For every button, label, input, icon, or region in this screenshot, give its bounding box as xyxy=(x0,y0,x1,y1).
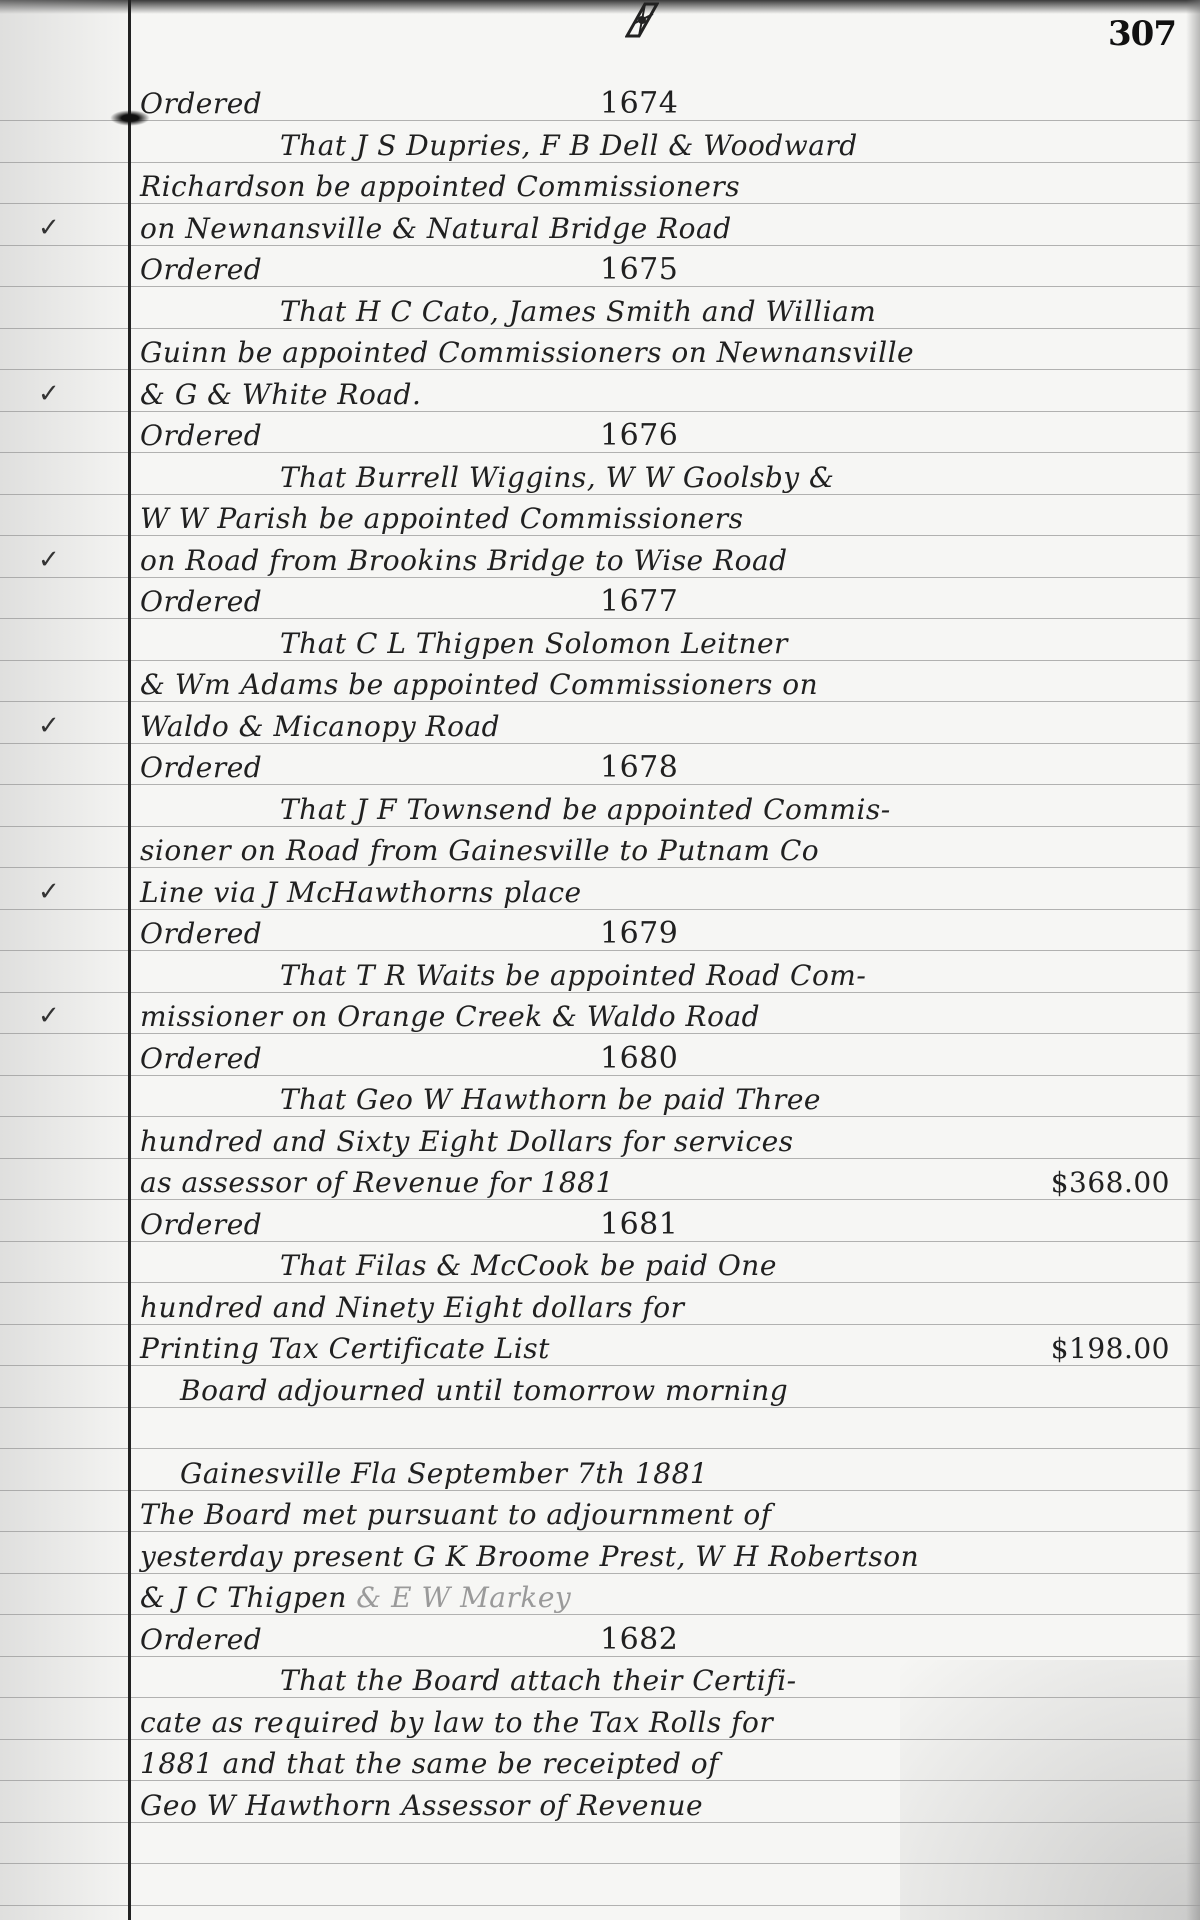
entry-line-text: That Burrell Wiggins, W W Goolsby & xyxy=(280,461,834,494)
entry-line-text: Guinn be appointed Commissioners on Newn… xyxy=(140,336,914,369)
entry-line-text: That H C Cato, James Smith and William xyxy=(280,295,876,328)
session-line: yesterday present G K Broome Prest, W H … xyxy=(140,1537,1180,1577)
payment-amount: $368.00 xyxy=(1051,1163,1170,1203)
order-label: Ordered1675 xyxy=(140,250,1180,290)
order-number: 1677 xyxy=(600,582,678,622)
adjournment-line-text: Board adjourned until tomorrow morning xyxy=(180,1374,788,1407)
session-heading-text: Gainesville Fla September 7th 1881 xyxy=(180,1457,708,1490)
order-label-text: Ordered xyxy=(140,87,262,120)
session-line: The Board met pursuant to adjournment of xyxy=(140,1495,1180,1535)
order-label: Ordered1681 xyxy=(140,1205,1180,1245)
order-label-text: Ordered xyxy=(140,253,262,286)
entry-line-text: cate as required by law to the Tax Rolls… xyxy=(140,1706,773,1739)
entry-line-text: Waldo & Micanopy Road xyxy=(140,710,500,743)
entry-line-text: on Newnansville & Natural Bridge Road xyxy=(140,212,732,245)
session-heading: Gainesville Fla September 7th 1881 xyxy=(140,1454,1180,1494)
order-label-text: Ordered xyxy=(140,917,262,950)
order-label: Ordered1682 xyxy=(140,1620,1180,1660)
order-label: Ordered1679 xyxy=(140,914,1180,954)
order-number: 1679 xyxy=(600,914,678,954)
adjournment-line: Board adjourned until tomorrow morning xyxy=(140,1371,1180,1411)
entry-line: as assessor of Revenue for 1881$368.00 xyxy=(140,1163,1180,1203)
entry-line-text: sioner on Road from Gainesville to Putna… xyxy=(140,834,819,867)
entry-line: That Filas & McCook be paid One xyxy=(140,1246,1180,1286)
entry-line-text: That J S Dupries, F B Dell & Woodward xyxy=(280,129,858,162)
entry-line-text: Geo W Hawthorn Assessor of Revenue xyxy=(140,1789,703,1822)
entry-line: That Burrell Wiggins, W W Goolsby & xyxy=(140,458,1180,498)
entry-line: Guinn be appointed Commissioners on Newn… xyxy=(140,333,1180,373)
entry-line: sioner on Road from Gainesville to Putna… xyxy=(140,831,1180,871)
entry-line-text: & Wm Adams be appointed Commissioners on xyxy=(140,668,818,701)
entry-line: Printing Tax Certificate List$198.00 xyxy=(140,1329,1180,1369)
entry-line-text: That Geo W Hawthorn be paid Three xyxy=(280,1083,821,1116)
margin-rule xyxy=(128,0,131,1920)
order-label: Ordered1677 xyxy=(140,582,1180,622)
order-label-text: Ordered xyxy=(140,585,262,618)
entry-line: Waldo & Micanopy Road xyxy=(140,707,1180,747)
entry-line: hundred and Sixty Eight Dollars for serv… xyxy=(140,1122,1180,1162)
entry-line: & G & White Road. xyxy=(140,375,1180,415)
order-number: 1681 xyxy=(600,1205,678,1245)
checkmark-icon: ✓ xyxy=(38,213,60,243)
entry-line: hundred and Ninety Eight dollars for xyxy=(140,1288,1180,1328)
entry-line: on Newnansville & Natural Bridge Road xyxy=(140,209,1180,249)
entry-line: on Road from Brookins Bridge to Wise Roa… xyxy=(140,541,1180,581)
checkmark-icon: ✓ xyxy=(38,711,60,741)
session-line: & J C Thigpen & E W Markey xyxy=(140,1578,1180,1618)
entry-line-text: Richardson be appointed Commissioners xyxy=(140,170,740,203)
entry-line: Richardson be appointed Commissioners xyxy=(140,167,1180,207)
entry-line-text: That Filas & McCook be paid One xyxy=(280,1249,777,1282)
entry-line-text: Line via J McHawthorns place xyxy=(140,876,582,909)
left-margin-shade xyxy=(0,0,130,1920)
ruled-line xyxy=(0,1905,1200,1906)
entry-line: missioner on Orange Creek & Waldo Road xyxy=(140,997,1180,1037)
order-label-text: Ordered xyxy=(140,751,262,784)
checkmark-icon: ✓ xyxy=(38,1001,60,1031)
checkmark-icon: ✓ xyxy=(38,379,60,409)
order-number: 1678 xyxy=(600,748,678,788)
order-number: 1674 xyxy=(600,84,678,124)
entry-line-text: That T R Waits be appointed Road Com- xyxy=(280,959,866,992)
entry-line-text: That J F Townsend be appointed Commis- xyxy=(280,793,891,826)
order-label: Ordered1676 xyxy=(140,416,1180,456)
page-number: 307 xyxy=(1108,14,1176,54)
ledger-page: 307 Ordered1674That J S Dupries, F B Del… xyxy=(0,0,1200,1920)
order-label: Ordered1674 xyxy=(140,84,1180,124)
entry-line: That C L Thigpen Solomon Leitner xyxy=(140,624,1180,664)
entry-line: That the Board attach their Certifi- xyxy=(140,1661,1180,1701)
entry-line: & Wm Adams be appointed Commissioners on xyxy=(140,665,1180,705)
order-label-text: Ordered xyxy=(140,1208,262,1241)
entry-line-text: That the Board attach their Certifi- xyxy=(280,1664,797,1697)
order-label: Ordered1678 xyxy=(140,748,1180,788)
entry-line-text: Printing Tax Certificate List xyxy=(140,1332,550,1365)
entry-line-text: as assessor of Revenue for 1881 xyxy=(140,1166,614,1199)
order-label: Ordered1680 xyxy=(140,1039,1180,1079)
order-number: 1676 xyxy=(600,416,678,456)
order-number: 1675 xyxy=(600,250,678,290)
session-line-text: & J C Thigpen xyxy=(140,1581,347,1614)
order-label-text: Ordered xyxy=(140,1042,262,1075)
order-label-text: Ordered xyxy=(140,419,262,452)
session-line-text: The Board met pursuant to adjournment of xyxy=(140,1498,772,1531)
page-right-edge xyxy=(1186,0,1200,1920)
entry-line: That J S Dupries, F B Dell & Woodward xyxy=(140,126,1180,166)
order-number: 1682 xyxy=(600,1620,678,1660)
entry-line: W W Parish be appointed Commissioners xyxy=(140,499,1180,539)
entry-line: That H C Cato, James Smith and William xyxy=(140,292,1180,332)
checkmark-icon: ✓ xyxy=(38,877,60,907)
entry-line-text: W W Parish be appointed Commissioners xyxy=(140,502,743,535)
entry-line-text: 1881 and that the same be receipted of xyxy=(140,1747,719,1780)
entry-line: That J F Townsend be appointed Commis- xyxy=(140,790,1180,830)
faint-addition: & E W Markey xyxy=(347,1581,571,1614)
order-label-text: Ordered xyxy=(140,1623,262,1656)
entry-line-text: & G & White Road. xyxy=(140,378,421,411)
entry-line: Line via J McHawthorns place xyxy=(140,873,1180,913)
ruled-line xyxy=(0,1448,1200,1449)
checkmark-icon: ✓ xyxy=(38,545,60,575)
entry-line-text: missioner on Orange Creek & Waldo Road xyxy=(140,1000,760,1033)
payment-amount: $198.00 xyxy=(1051,1329,1170,1369)
entry-line-text: hundred and Sixty Eight Dollars for serv… xyxy=(140,1125,794,1158)
entry-line: That Geo W Hawthorn be paid Three xyxy=(140,1080,1180,1120)
ruled-line xyxy=(0,1863,1200,1864)
entry-line: cate as required by law to the Tax Rolls… xyxy=(140,1703,1180,1743)
session-line-text: yesterday present G K Broome Prest, W H … xyxy=(140,1540,919,1573)
entry-line-text: on Road from Brookins Bridge to Wise Roa… xyxy=(140,544,788,577)
entry-line-text: hundred and Ninety Eight dollars for xyxy=(140,1291,685,1324)
entry-line: Geo W Hawthorn Assessor of Revenue xyxy=(140,1786,1180,1826)
entry-line: That T R Waits be appointed Road Com- xyxy=(140,956,1180,996)
diamond-stamp-icon xyxy=(625,2,659,38)
entry-line-text: That C L Thigpen Solomon Leitner xyxy=(280,627,788,660)
order-number: 1680 xyxy=(600,1039,678,1079)
page-top-shadow xyxy=(0,0,1200,14)
entry-line: 1881 and that the same be receipted of xyxy=(140,1744,1180,1784)
